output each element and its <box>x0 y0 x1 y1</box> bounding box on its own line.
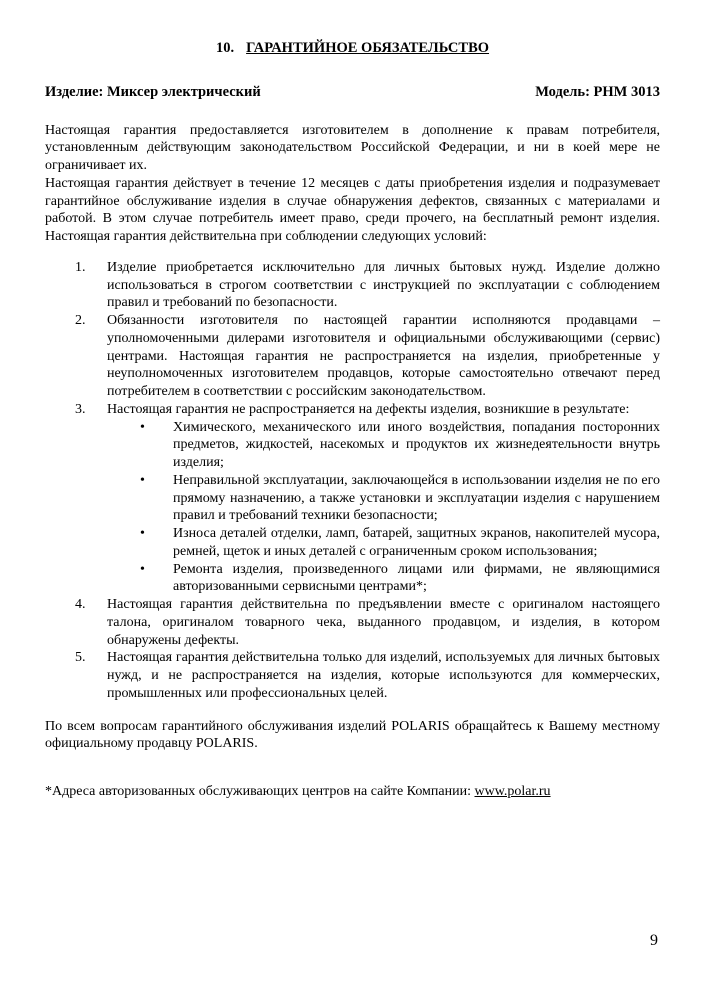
warranty-document-page: 10.ГАРАНТИЙНОЕ ОБЯЗАТЕЛЬСТВО Изделие: Ми… <box>0 0 705 1000</box>
condition-number: 5. <box>45 649 107 702</box>
condition-item-2: 2. Обязанности изготовителя по настоящей… <box>45 312 660 401</box>
condition-text: Обязанности изготовителя по настоящей га… <box>107 312 660 401</box>
service-centers-link[interactable]: www.polar.ru <box>474 784 550 799</box>
conditions-list: 1. Изделие приобретается исключительно д… <box>45 259 660 703</box>
condition-text: Изделие приобретается исключительно для … <box>107 259 660 312</box>
bullet-icon: • <box>140 561 173 597</box>
condition-number: 2. <box>45 312 107 401</box>
condition-number: 4. <box>45 596 107 649</box>
bullet-icon: • <box>140 525 173 561</box>
condition-text: Настоящая гарантия действительна по пред… <box>107 596 660 649</box>
bullet-icon: • <box>140 472 173 525</box>
model-label: Модель: PHM 3013 <box>535 84 660 102</box>
product-model-row: Изделие: Миксер электрический Модель: PH… <box>45 84 660 102</box>
defect-cause-item-1: • Химического, механического или иного в… <box>107 419 660 472</box>
page-title: ГАРАНТИЙНОЕ ОБЯЗАТЕЛЬСТВО <box>246 40 489 56</box>
intro-paragraph-1: Настоящая гарантия предоставляется изгот… <box>45 122 660 175</box>
bullet-icon: • <box>140 419 173 472</box>
condition-text: Настоящая гарантия не распространяется н… <box>107 401 660 419</box>
intro-block: Настоящая гарантия предоставляется изгот… <box>45 122 660 246</box>
defect-cause-item-4: • Ремонта изделия, произведенного лицами… <box>107 561 660 597</box>
footnote-text: *Адреса авторизованных обслуживающих цен… <box>45 784 474 799</box>
condition-number: 1. <box>45 259 107 312</box>
section-number: 10. <box>216 40 234 56</box>
condition-item-4: 4. Настоящая гарантия действительна по п… <box>45 596 660 649</box>
defect-cause-text: Химического, механического или иного воз… <box>173 419 660 472</box>
intro-paragraph-2: Настоящая гарантия действует в течение 1… <box>45 175 660 246</box>
defect-cause-item-2: • Неправильной эксплуатации, заключающей… <box>107 472 660 525</box>
condition-item-5: 5. Настоящая гарантия действительна толь… <box>45 649 660 702</box>
defect-cause-text: Износа деталей отделки, ламп, батарей, з… <box>173 525 660 561</box>
closing-paragraph: По всем вопросам гарантийного обслуживан… <box>45 718 660 754</box>
defect-cause-item-3: • Износа деталей отделки, ламп, батарей,… <box>107 525 660 561</box>
defect-causes-list: • Химического, механического или иного в… <box>107 419 660 597</box>
condition-item-3: 3. Настоящая гарантия не распространяетс… <box>45 401 660 596</box>
condition-text: Настоящая гарантия действительна только … <box>107 649 660 702</box>
condition-number: 3. <box>45 401 107 596</box>
product-label: Изделие: Миксер электрический <box>45 84 261 102</box>
condition-item-1: 1. Изделие приобретается исключительно д… <box>45 259 660 312</box>
page-number: 9 <box>650 932 658 950</box>
section-title: 10.ГАРАНТИЙНОЕ ОБЯЗАТЕЛЬСТВО <box>45 40 660 58</box>
defect-cause-text: Неправильной эксплуатации, заключающейся… <box>173 472 660 525</box>
defect-cause-text: Ремонта изделия, произведенного лицами и… <box>173 561 660 597</box>
footnote: *Адреса авторизованных обслуживающих цен… <box>45 783 660 801</box>
